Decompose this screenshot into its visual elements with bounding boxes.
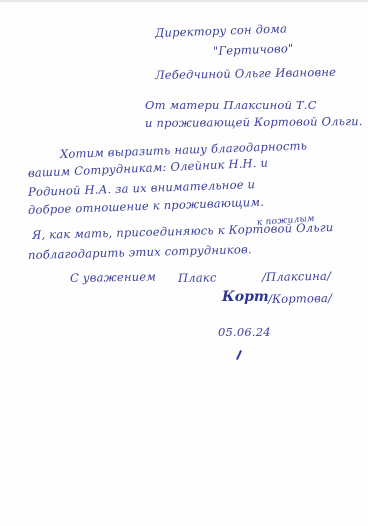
scanned-letter-page: Директору сон дома "Гертичово" Лебедчино… (0, 0, 368, 526)
body-line-4: доброе отношение к проживающим. (28, 195, 264, 217)
signature-plaksina: Плакс (178, 270, 217, 285)
closing-regards: С уважением (70, 269, 156, 285)
addressee-line-2: "Гертичово" (213, 41, 294, 58)
signature-kortova: Корт (222, 289, 269, 305)
body-line-6: поблагодарить этих сотрудников. (28, 242, 252, 262)
from-line-2: и проживающей Кортовой Ольги. (145, 114, 363, 130)
scan-top-edge (0, 0, 368, 2)
ink-stroke-mark (236, 350, 242, 360)
addressee-name: Лебедчиной Ольге Ивановне (155, 65, 336, 82)
body-line-1: Хотим выразить нашу благодарность (60, 138, 308, 161)
body-line-5: Я, как мать, присоединяюсь к Кортовой Ол… (32, 220, 334, 242)
name-kortova: /Кортова/ (268, 291, 332, 306)
letter-date: 05.06.24 (218, 325, 271, 339)
name-plaksina: /Плаксина/ (262, 269, 331, 284)
addressee-line-1: Директору сон дома (155, 21, 288, 40)
from-line-1: От матери Плаксиной Т.С (145, 98, 317, 112)
